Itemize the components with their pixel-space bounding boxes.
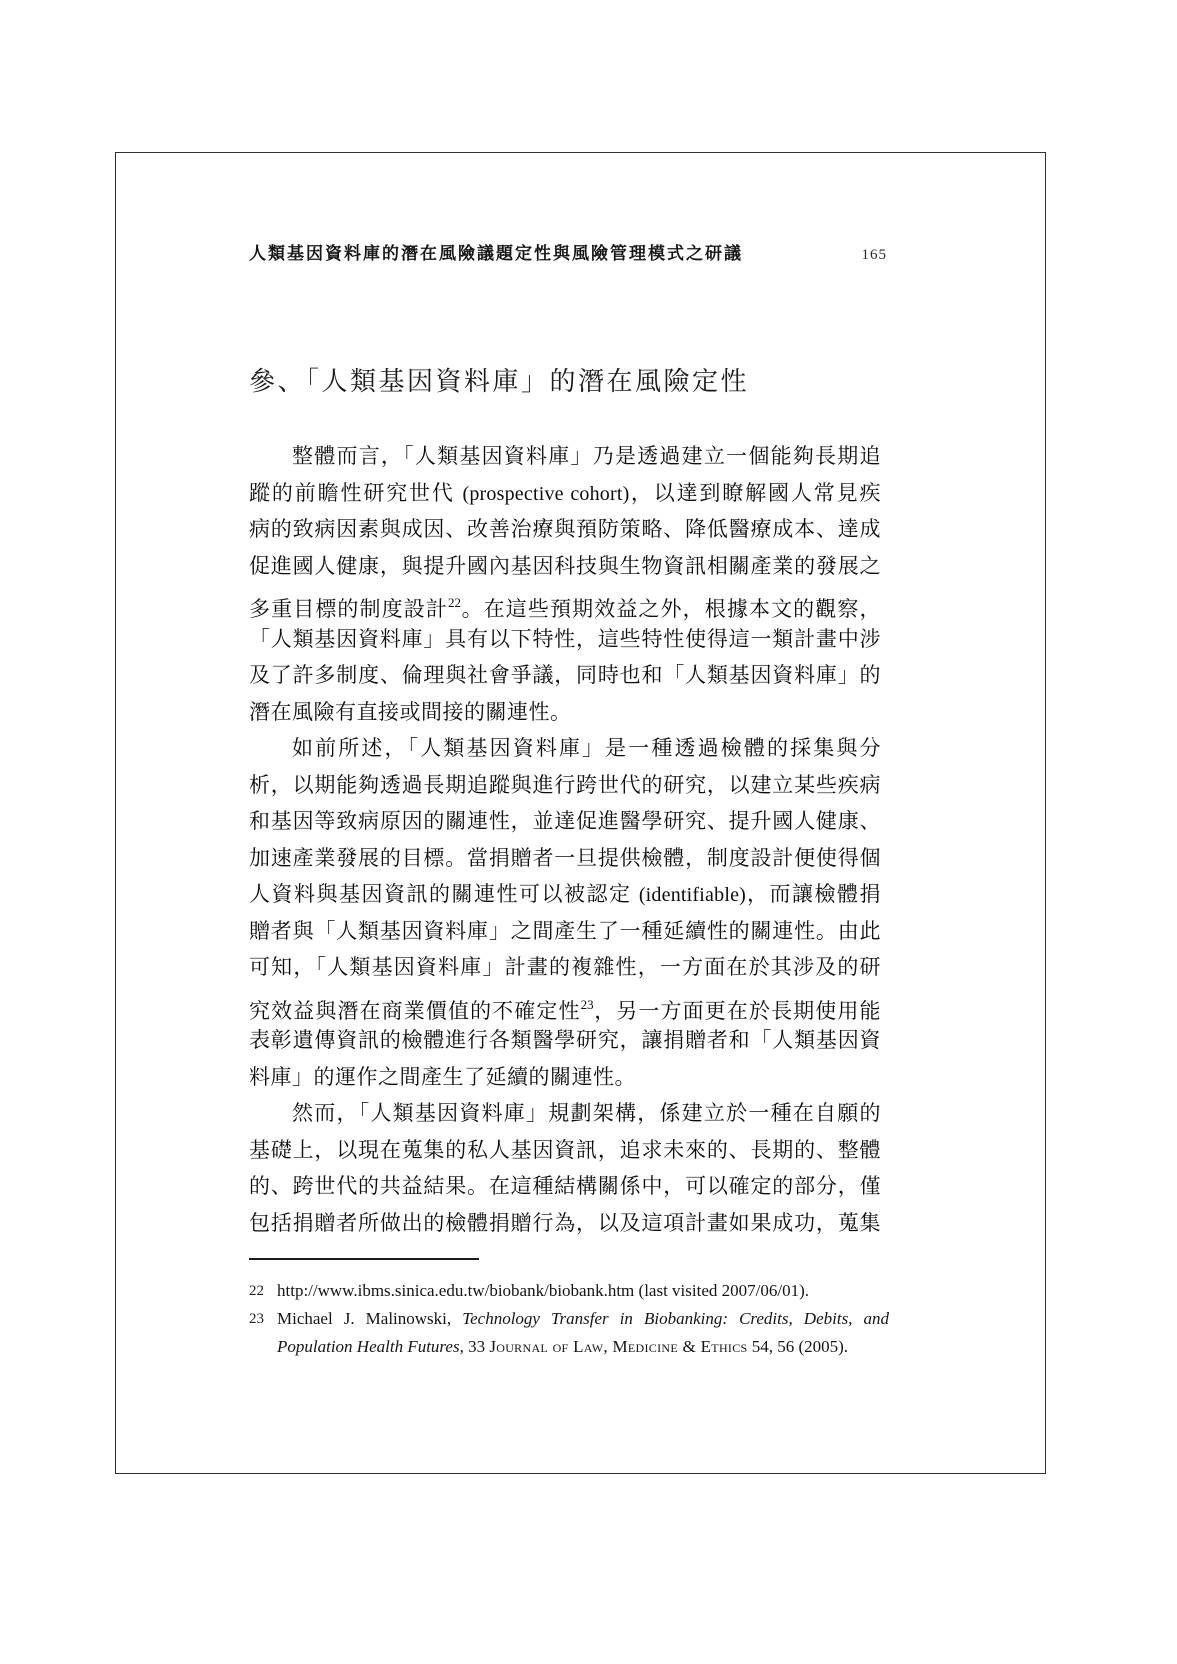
document-page: 人類基因資料庫的潛在風險議題定性與風險管理模式之研議 165 參、「人類基因資料…: [0, 0, 1177, 1664]
footnote-text: http://www.ibms.sinica.edu.tw/biobank/bi…: [277, 1277, 889, 1305]
footnote-separator: [249, 1258, 479, 1260]
footnote-line: http://www.ibms.sinica.edu.tw/biobank/bi…: [277, 1277, 889, 1305]
text-run: 整體而言，「人類基因資料庫」乃是透過建立一個能夠長期追: [292, 445, 881, 468]
text-run: 料庫」的運作之間產生了延續的關連性。: [249, 1066, 636, 1089]
text-run: 及了許多制度、倫理與社會爭議，同時也和「人類基因資料庫」的: [249, 664, 881, 687]
body-line: 析，以期能夠透過長期追蹤與進行跨世代的研究，以建立某些疾病: [249, 768, 881, 805]
footnote-text: Michael J. Malinowski, Technology Transf…: [277, 1305, 889, 1361]
text-run: 可知，「人類基因資料庫」計畫的複雜性，一方面在於其涉及的研: [249, 956, 881, 979]
text-run: 析，以期能夠透過長期追蹤與進行跨世代的研究，以建立某些疾病: [249, 774, 881, 797]
section-title: 參、「人類基因資料庫」的潛在風險定性: [249, 361, 889, 398]
body-line: 蹤的前瞻性研究世代 (prospective cohort)，以達到瞭解國人常見…: [249, 476, 881, 513]
body-line: 可知，「人類基因資料庫」計畫的複雜性，一方面在於其涉及的研: [249, 950, 881, 987]
body-line: 加速產業發展的目標。當捐贈者一旦提供檢體，制度設計便使得個: [249, 841, 881, 878]
footnotes: 22http://www.ibms.sinica.edu.tw/biobank/…: [249, 1277, 889, 1361]
text-run: http://www.ibms.sinica.edu.tw/biobank/bi…: [277, 1281, 809, 1300]
body-line: 贈者與「人類基因資料庫」之間產生了一種延續性的關連性。由此: [249, 914, 881, 951]
text-run: 多重目標的制度設計: [249, 598, 448, 621]
text-run: 。在這些預期效益之外，根據本文的觀察，: [461, 598, 881, 621]
text-run: 54, 56 (2005).: [747, 1337, 848, 1356]
body-line: 及了許多制度、倫理與社會爭議，同時也和「人類基因資料庫」的: [249, 658, 881, 695]
italic-text: Population Health Futures: [277, 1337, 460, 1356]
text-run: 贈者與「人類基因資料庫」之間產生了一種延續性的關連性。由此: [249, 920, 881, 943]
body-line: 促進國人健康，與提升國內基因科技與生物資訊相關產業的發展之: [249, 549, 881, 586]
body-line: 和基因等致病原因的關連性，並達促進醫學研究、提升國人健康、: [249, 804, 881, 841]
body-line: 病的致病因素與成因、改善治療與預防策略、降低醫療成本、達成: [249, 512, 881, 549]
text-run: 人資料與基因資訊的關連性可以被認定: [249, 883, 639, 906]
text-run: 包括捐贈者所做出的檢體捐贈行為，以及這項計畫如果成功，蒐集: [249, 1212, 881, 1235]
text-run: 蹤的前瞻性研究世代: [249, 482, 463, 505]
footnote: 22http://www.ibms.sinica.edu.tw/biobank/…: [249, 1277, 889, 1305]
text-run: 潛在風險有直接或間接的關連性。: [249, 701, 572, 724]
italic-text: Technology Transfer in Biobanking: Credi…: [462, 1309, 889, 1328]
body-line: 整體而言，「人類基因資料庫」乃是透過建立一個能夠長期追: [249, 439, 881, 476]
footnote: 23Michael J. Malinowski, Technology Tran…: [249, 1305, 889, 1361]
text-run: Michael J. Malinowski,: [277, 1309, 462, 1328]
page-number: 165: [862, 247, 888, 264]
body-line: 究效益與潛在商業價值的不確定性23，另一方面更在於長期使用能: [249, 987, 881, 1024]
body-line: 潛在風險有直接或間接的關連性。: [249, 695, 881, 732]
footnote-reference: 22: [448, 595, 461, 610]
body-line: 「人類基因資料庫」具有以下特性，這些特性使得這一類計畫中涉: [249, 622, 881, 659]
text-run: 的、跨世代的共益結果。在這種結構關係中，可以確定的部分，僅: [249, 1175, 881, 1198]
body-line: 多重目標的制度設計22。在這些預期效益之外，根據本文的觀察，: [249, 585, 881, 622]
footnote-line: Population Health Futures, 33 Journal of…: [277, 1333, 889, 1361]
page-frame: 人類基因資料庫的潛在風險議題定性與風險管理模式之研議 165 參、「人類基因資料…: [115, 152, 1046, 1474]
text-run: 表彰遺傳資訊的檢體進行各類醫學研究，讓捐贈者和「人類基因資: [249, 1029, 881, 1052]
text-run: 如前所述，「人類基因資料庫」是一種透過檢體的採集與分: [292, 737, 881, 760]
text-run: 「人類基因資料庫」具有以下特性，這些特性使得這一類計畫中涉: [249, 628, 881, 651]
text-run: ，而讓檢體捐: [746, 883, 881, 906]
body-line: 的、跨世代的共益結果。在這種結構關係中，可以確定的部分，僅: [249, 1169, 881, 1206]
text-run: 然而，「人類基因資料庫」規劃架構，係建立於一種在自願的: [292, 1102, 881, 1125]
text-run: , 33: [460, 1337, 490, 1356]
text-run: 基礎上，以現在蒐集的私人基因資訊，追求未來的、長期的、整體: [249, 1139, 881, 1162]
body-line: 然而，「人類基因資料庫」規劃架構，係建立於一種在自願的: [249, 1096, 881, 1133]
footnote-line: Michael J. Malinowski, Technology Transf…: [277, 1305, 889, 1333]
latin-text: (prospective cohort): [463, 483, 630, 505]
latin-text: (identifiable): [639, 884, 746, 906]
smallcaps-text: Journal of Law, Medicine & Ethics: [489, 1337, 747, 1356]
text-run: ，以達到瞭解國人常見疾: [629, 482, 881, 505]
text-run: 病的致病因素與成因、改善治療與預防策略、降低醫療成本、達成: [249, 518, 881, 541]
body-line: 如前所述，「人類基因資料庫」是一種透過檢體的採集與分: [249, 731, 881, 768]
text-run: 究效益與潛在商業價值的不確定性: [249, 1000, 581, 1023]
running-header-title: 人類基因資料庫的潛在風險議題定性與風險管理模式之研議: [249, 239, 743, 264]
text-run: 促進國人健康，與提升國內基因科技與生物資訊相關產業的發展之: [249, 555, 881, 578]
footnote-number: 22: [249, 1277, 277, 1305]
body-line: 包括捐贈者所做出的檢體捐贈行為，以及這項計畫如果成功，蒐集: [249, 1206, 881, 1243]
text-run: ，另一方面更在於長期使用能: [594, 1000, 881, 1023]
body-line: 基礎上，以現在蒐集的私人基因資訊，追求未來的、長期的、整體: [249, 1133, 881, 1170]
body-line: 表彰遺傳資訊的檢體進行各類醫學研究，讓捐贈者和「人類基因資: [249, 1023, 881, 1060]
body-text: 整體而言，「人類基因資料庫」乃是透過建立一個能夠長期追蹤的前瞻性研究世代 (pr…: [249, 439, 881, 1242]
body-line: 料庫」的運作之間產生了延續的關連性。: [249, 1060, 881, 1097]
body-line: 人資料與基因資訊的關連性可以被認定 (identifiable)，而讓檢體捐: [249, 877, 881, 914]
footnote-number: 23: [249, 1305, 277, 1333]
text-run: 加速產業發展的目標。當捐贈者一旦提供檢體，制度設計便使得個: [249, 847, 881, 870]
footnote-reference: 23: [581, 997, 594, 1012]
running-header: 人類基因資料庫的潛在風險議題定性與風險管理模式之研議 165: [249, 239, 887, 264]
text-run: 和基因等致病原因的關連性，並達促進醫學研究、提升國人健康、: [249, 810, 881, 833]
